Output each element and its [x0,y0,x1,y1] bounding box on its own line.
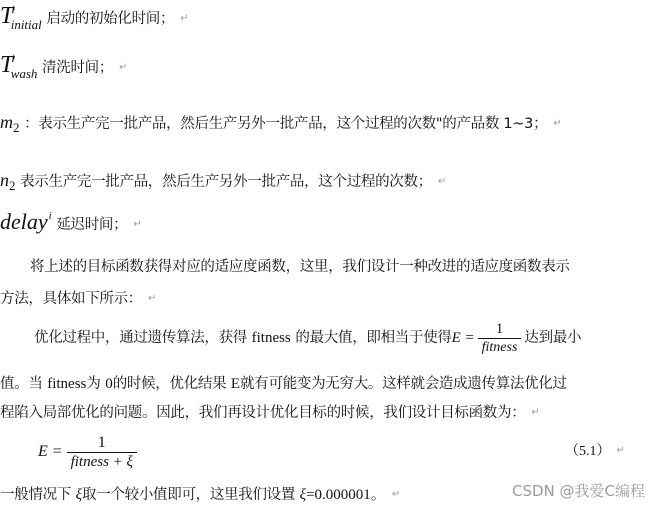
equation-5-1: E =1fitness + ξ [38,432,140,472]
paragraph-text: 值。当 [0,376,43,392]
definition-text: 表示生产完一批产品，然后生产另外一批产品，这个过程的次数； [20,174,432,190]
subscript-initial: initial [11,17,42,32]
paragraph-mark-icon: ↵ [148,293,156,304]
paragraph-mark-icon: ↵ [392,489,400,500]
paragraph-mark-icon: ↵ [119,62,127,73]
csdn-watermark: CSDN @我爱C编程 [512,480,645,501]
paragraph-text: 为 [86,376,100,392]
fraction-denominator: fitness + ξ [67,453,137,471]
zero-value: 0 [105,376,113,392]
xi-value: =0.000001。 [306,487,386,503]
symbol-m: m [0,112,13,132]
paragraph-mark-icon: ↵ [531,407,539,418]
definition-text: 启动的初始化时间； [46,11,174,27]
superscript-i: i [11,2,14,16]
paragraph-optimization-line1: 优化过程中，通过遗传算法，获得 fitness 的最大值，即相当于使得E =1f… [34,318,581,358]
fitness-term: fitness [252,330,291,346]
paragraph-text: 的时候，优化结果 [113,376,227,392]
symbol-delay: delay [0,209,48,234]
fitness-term: fitness [47,376,86,392]
formula-lhs: E = [452,330,475,346]
paragraph-fitness-intro-line2: 方法，具体如下所示：↵ [0,289,156,309]
paragraph-text: 方法，具体如下所示： [0,291,142,307]
definition-text: ：表示生产完一批产品，然后生产另外一批产品，这个过程的次数"的产品数 1~3； [24,116,547,132]
definition-t-wash: Tiwash 清洗时间；↵ [0,55,127,78]
definition-delay: delayi 延迟时间；↵ [0,212,142,236]
equation-number-label: （5.1） [565,444,611,459]
definition-text: 延迟时间； [56,217,127,233]
paragraph-mark-icon: ↵ [133,219,141,230]
fraction-denominator: fitness [478,339,522,357]
paragraph-mark-icon: ↵ [180,13,188,24]
paragraph-optimization-line2: 值。当 fitness为 0的时候，优化结果 E就有可能变为无穷大。这样就会造成… [0,374,567,394]
paragraph-optimization-line3: 程陷入局部优化的问题。因此，我们再设计优化目标的时候，我们设计目标函数为：↵ [0,403,540,423]
fraction-numerator: 1 [67,434,137,453]
equation-number: （5.1）↵ [565,441,625,462]
subscript-2: 2 [13,120,20,135]
closing-sentence: 一般情况下 ξ取一个较小值即可，这里我们设置 ξ=0.000001。↵ [0,485,400,505]
paragraph-text: 的最大值，即相当于使得 [295,330,451,346]
subscript-wash: wash [11,66,38,81]
fraction-numerator: 1 [478,320,522,339]
paragraph-text: 达到最小 [524,330,581,346]
paragraph-mark-icon: ↵ [617,445,625,456]
inline-fraction: 1fitness [478,320,522,357]
variable-e: E [231,376,240,392]
paragraph-text: 就有可能变为无穷大。这样就会造成遗传算法优化过 [240,376,567,392]
superscript-i: i [49,210,52,222]
subscript-2: 2 [9,178,16,193]
paragraph-text: 优化过程中，通过遗传算法，获得 [34,330,247,346]
definition-n2: n2 表示生产完一批产品，然后生产另外一批产品，这个过程的次数；↵ [0,170,446,192]
equation-lhs: E = [38,443,63,460]
paragraph-mark-icon: ↵ [438,176,446,187]
definition-m2: m2 ：表示生产完一批产品，然后生产另外一批产品，这个过程的次数"的产品数 1~… [0,112,562,134]
equation-fraction: 1fitness + ξ [67,434,137,471]
symbol-n: n [0,170,9,190]
superscript-i: i [11,51,14,65]
definition-t-initial: Tiinitial 启动的初始化时间；↵ [0,6,189,29]
paragraph-fitness-intro-line1: 将上述的目标函数获得对应的适应度函数，这里，我们设计一种改进的适应度函数表示 [30,257,570,277]
definition-text: 清洗时间； [42,60,113,76]
paragraph-text: 取一个较小值即可，这里我们设置 [82,487,295,503]
paragraph-text: 将上述的目标函数获得对应的适应度函数，这里，我们设计一种改进的适应度函数表示 [30,259,570,275]
paragraph-text: 程陷入局部优化的问题。因此，我们再设计优化目标的时候，我们设计目标函数为： [0,405,525,421]
paragraph-text: 一般情况下 [0,487,71,503]
paragraph-mark-icon: ↵ [553,118,561,129]
